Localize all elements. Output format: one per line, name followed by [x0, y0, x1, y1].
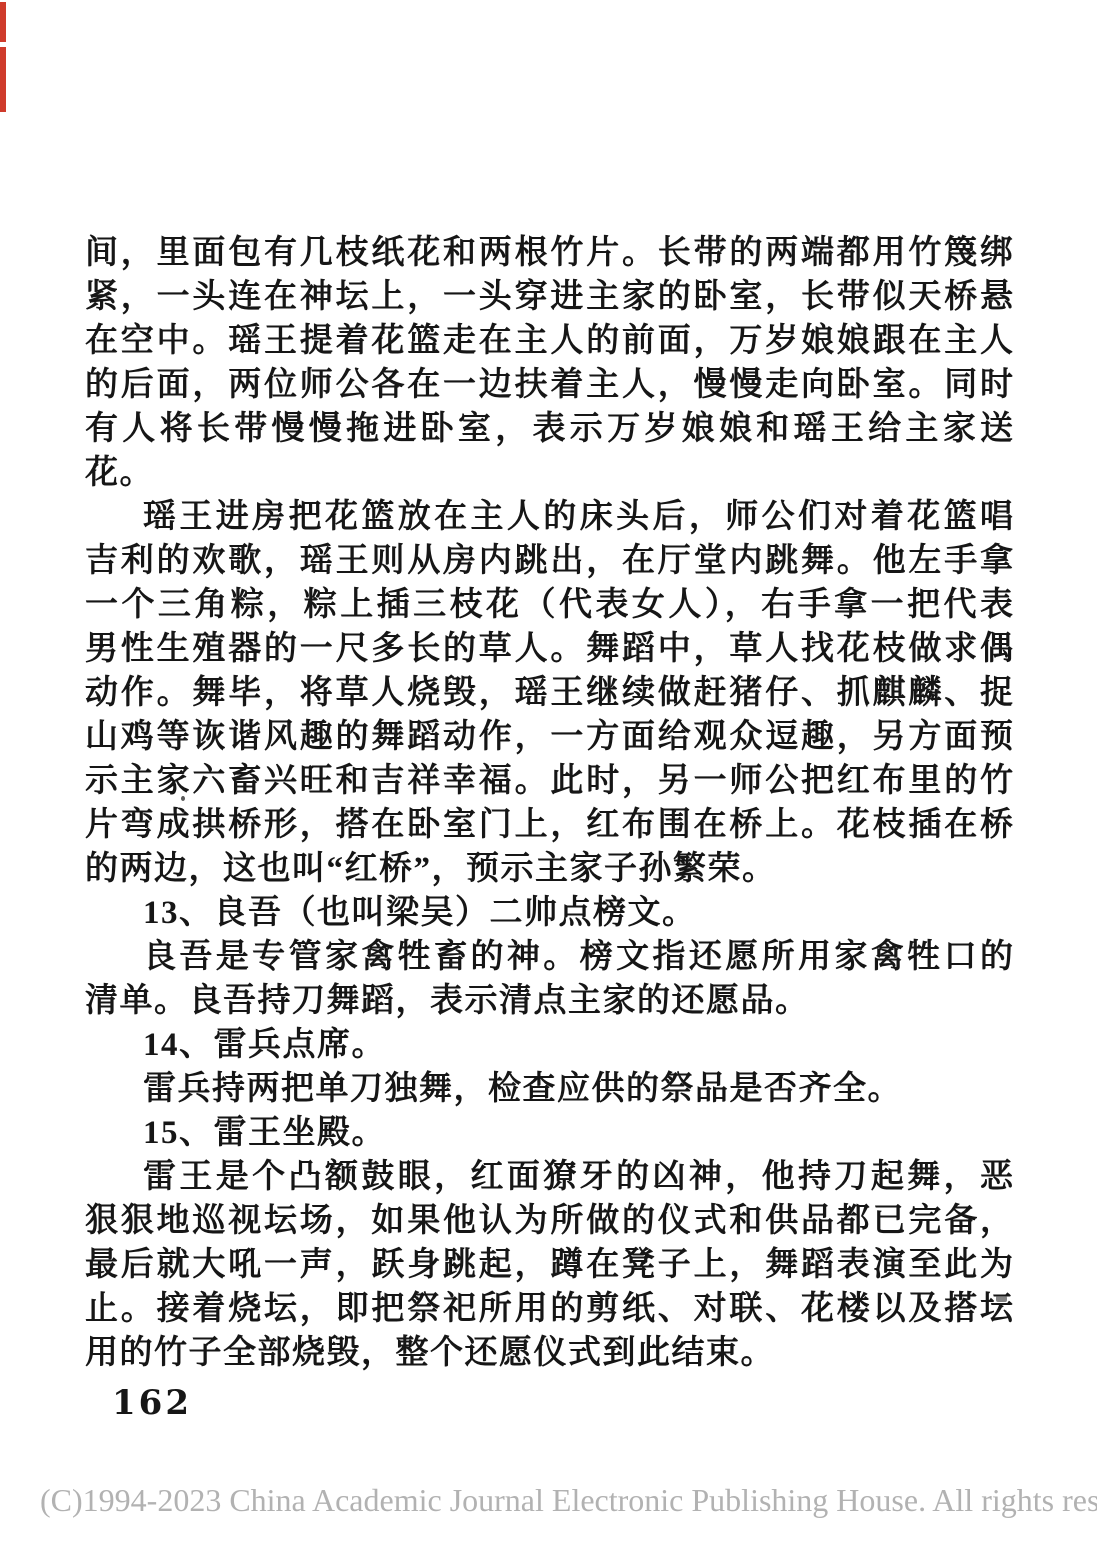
text-line: 止。接着烧坛，即把祭祀所用的剪纸、对联、花楼以及搭坛 [85, 1287, 1013, 1331]
text-line: 片弯成拱桥形，搭在卧室门上，红布围在桥上。花枝插在桥 [85, 803, 1013, 847]
scan-artifact-red-mark [0, 2, 6, 42]
body-text: 间，里面包有几枝纸花和两根竹片。长带的两端都用竹篾绑紧，一头连在神坛上，一头穿进… [85, 231, 1013, 1375]
text-line: 示主家六畜兴旺和吉祥幸福。此时，另一师公把红布里的竹 [85, 759, 1013, 803]
text-line: 用的竹子全部烧毁，整个还愿仪式到此结束。 [85, 1331, 1013, 1375]
text-line: 山鸡等诙谐风趣的舞蹈动作，一方面给观众逗趣，另方面预 [85, 715, 1013, 759]
scan-artifact-red-mark [0, 47, 6, 112]
text-line: 雷兵持两把单刀独舞，检查应供的祭品是否齐全。 [85, 1067, 1013, 1111]
page-number: 162 [112, 1383, 192, 1423]
text-line: 的后面，两位师公各在一边扶着主人，慢慢走向卧室。同时 [85, 363, 1013, 407]
text-line: 15、雷王坐殿。 [85, 1111, 1013, 1155]
text-line: 紧，一头连在神坛上，一头穿进主家的卧室，长带似天桥悬 [85, 275, 1013, 319]
text-line: 间，里面包有几枝纸花和两根竹片。长带的两端都用竹篾绑 [85, 231, 1013, 275]
copyright-watermark: (C)1994-2023 China Academic Journal Elec… [40, 1482, 1097, 1518]
text-line: 男性生殖器的一尺多长的草人。舞蹈中，草人找花枝做求偶 [85, 627, 1013, 671]
ink-speck [996, 1296, 1007, 1302]
text-line: 最后就大吼一声，跃身跳起，蹲在凳子上，舞蹈表演至此为 [85, 1243, 1013, 1287]
scanned-page: 间，里面包有几枝纸花和两根竹片。长带的两端都用竹篾绑紧，一头连在神坛上，一头穿进… [0, 0, 1097, 1561]
text-line: 雷王是个凸额鼓眼，红面獠牙的凶神，他持刀起舞，恶 [85, 1155, 1013, 1199]
ink-speck [181, 796, 185, 801]
text-line: 吉利的欢歌，瑶王则从房内跳出，在厅堂内跳舞。他左手拿 [85, 539, 1013, 583]
text-line: 瑶王进房把花篮放在主人的床头后，师公们对着花篮唱 [85, 495, 1013, 539]
text-line: 在空中。瑶王提着花篮走在主人的前面，万岁娘娘跟在主人 [85, 319, 1013, 363]
text-line: 14、雷兵点席。 [85, 1023, 1013, 1067]
text-line: 良吾是专管家禽牲畜的神。榜文指还愿所用家禽牲口的 [85, 935, 1013, 979]
text-line: 狠狠地巡视坛场，如果他认为所做的仪式和供品都已完备， [85, 1199, 1013, 1243]
text-line: 有人将长带慢慢拖进卧室，表示万岁娘娘和瑶王给主家送 [85, 407, 1013, 451]
text-line: 一个三角粽，粽上插三枝花（代表女人），右手拿一把代表 [85, 583, 1013, 627]
text-line: 的两边，这也叫“红桥”，预示主家子孙繁荣。 [85, 847, 1013, 891]
text-line: 13、良吾（也叫梁吴）二帅点榜文。 [85, 891, 1013, 935]
text-line: 花。 [85, 451, 1013, 495]
text-line: 动作。舞毕，将草人烧毁，瑶王继续做赶猪仔、抓麒麟、捉 [85, 671, 1013, 715]
text-line: 清单。良吾持刀舞蹈，表示清点主家的还愿品。 [85, 979, 1013, 1023]
